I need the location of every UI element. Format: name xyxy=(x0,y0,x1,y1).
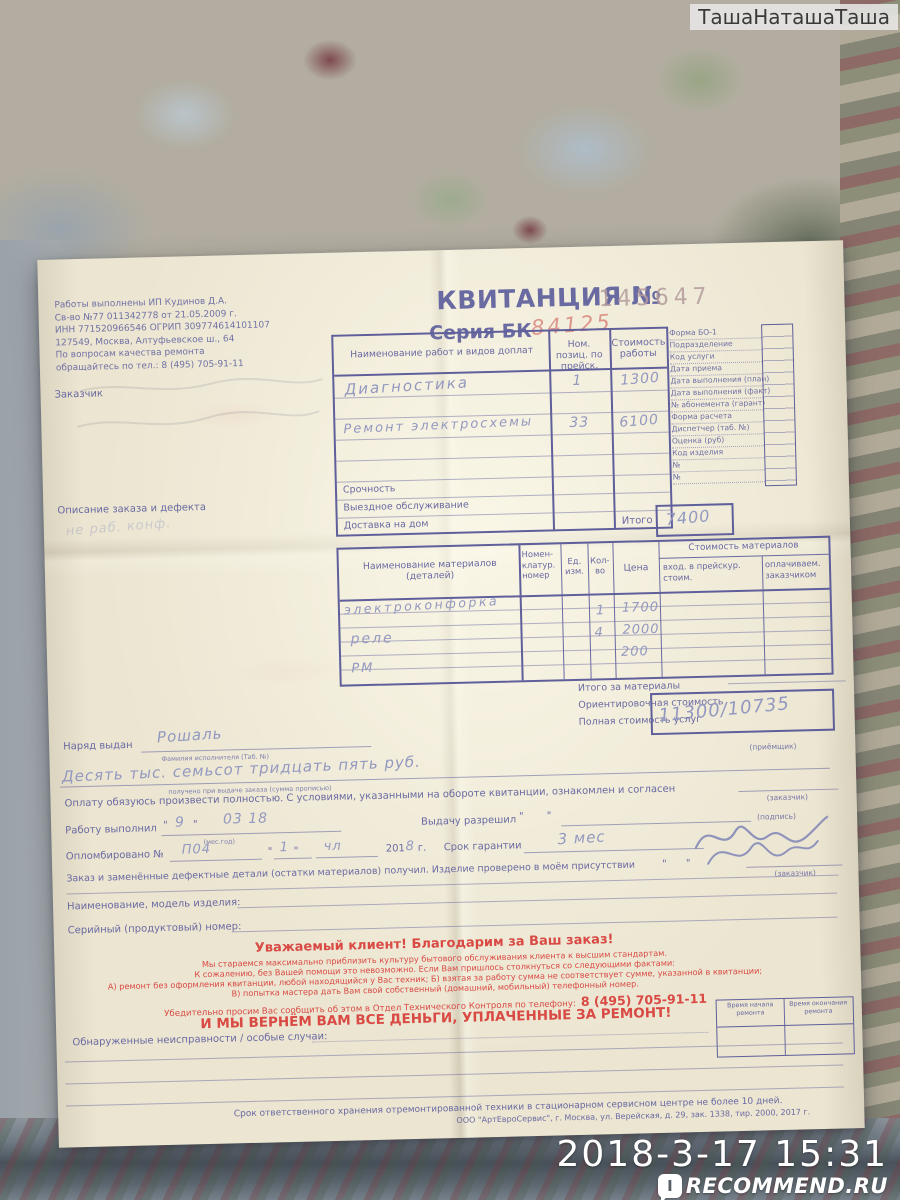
sealed-label: Опломбировано № xyxy=(66,849,164,862)
quote-mark: " xyxy=(193,819,198,830)
total-box: 7400 xyxy=(655,503,734,537)
mat-col-name: Наименование материалов (деталей) xyxy=(345,557,515,583)
sealed-no-handwriting: П04 xyxy=(182,842,212,858)
irecommend-bubble-icon: I xyxy=(658,1174,682,1198)
ruled-line xyxy=(274,857,312,859)
work-col-cost: Стоимость работы xyxy=(611,337,665,360)
ruled-line xyxy=(170,859,262,862)
ruled-line xyxy=(738,789,838,792)
mat-row-name: электроконфорка xyxy=(344,593,500,617)
quote-mark: " xyxy=(268,846,273,857)
recommend-logo: I RECOMMEND.RU xyxy=(658,1174,888,1198)
ruled-line xyxy=(728,680,846,684)
time-table-divider xyxy=(784,999,786,1055)
work-table: Наименование работ и видов доплат Ном. п… xyxy=(331,327,673,537)
work-row-cost: 6100 xyxy=(619,412,660,431)
ruled-line xyxy=(141,746,371,753)
work-col-pos: Ном. позиц. по прейск. xyxy=(550,338,608,372)
issued-label: Наряд выдан xyxy=(63,740,133,753)
mat-row-price: 1700 xyxy=(622,600,659,616)
ruled-line xyxy=(341,630,831,643)
model-label: Наименование, модель изделия: xyxy=(67,897,241,912)
year-handwriting: 8 xyxy=(406,839,416,854)
mat-col-qty: Кол-во xyxy=(588,555,612,576)
work-done-day-handwriting: 9 xyxy=(175,815,185,831)
author-watermark: ТашаНаташаТаша xyxy=(690,4,898,30)
ruled-line xyxy=(237,893,837,909)
time-end-header: Время окончания ремонта xyxy=(787,999,850,1017)
ruled-line xyxy=(341,644,831,657)
work-done-date-handwriting: 03 18 xyxy=(223,811,268,828)
service-row-delivery: Доставка на дом xyxy=(344,519,429,532)
recommend-site-name: RECOMMEND.RU xyxy=(686,1174,888,1198)
quote-mark: " xyxy=(163,820,168,831)
mat-row-name: РМ xyxy=(351,661,374,677)
ruled-line xyxy=(316,856,378,859)
issued-handwriting: Рошаль xyxy=(156,724,223,746)
mat-row-name: реле xyxy=(350,630,393,647)
work-row-pos: 33 xyxy=(569,415,589,431)
work-col-name: Наименование работ и видов доплат xyxy=(338,345,546,361)
mat-row-price: 2000 xyxy=(622,622,659,638)
mat-col-unit: Ед. изм. xyxy=(562,556,587,577)
quote-marks: " " xyxy=(662,858,699,870)
full-cost-box: 11300/10735 xyxy=(650,689,835,735)
agreement-text: Оплату обязуюсь произвести полностью. С … xyxy=(64,783,714,810)
work-done-label: Работу выполнил xyxy=(65,823,157,836)
allow-label: Выдачу разрешил xyxy=(421,814,516,827)
mat-col-cost-paid: оплачиваем. заказчиком xyxy=(765,558,828,581)
receiver-label: (приёмщик) xyxy=(749,742,796,752)
receipt-number-stamp: 145647 xyxy=(598,284,712,313)
ruled-line xyxy=(336,453,669,462)
order-description-label: Описание заказа и дефекта xyxy=(57,502,206,517)
faint-impression-scribble xyxy=(70,371,332,447)
company-info: Работы выполнены ИП Кудинов Д.А. Св-во №… xyxy=(54,294,271,374)
total-handwriting: 7400 xyxy=(665,506,711,529)
receipt-paper: Работы выполнены ИП Кудинов Д.А. Св-во №… xyxy=(37,240,864,1147)
total-label: Итого xyxy=(622,515,653,527)
serial-label: Серийный (продуктовый) номер: xyxy=(68,921,242,936)
ruled-line xyxy=(337,474,670,483)
ruled-line xyxy=(161,831,341,836)
side-column: Форма БО-1 Подразделение Код услуги Дата… xyxy=(669,324,841,492)
ruled-line xyxy=(341,658,831,671)
materials-table: Наименование материалов (деталей) Номен­… xyxy=(336,536,833,687)
timestamp-watermark: 2018-3-17 15:31 xyxy=(557,1134,889,1175)
mat-col-price: Цена xyxy=(615,562,657,574)
sealed-day-handwriting: 1 xyxy=(280,840,290,855)
side-column-box xyxy=(761,324,797,487)
quote-marks: " " xyxy=(519,810,562,822)
mat-row-price: 200 xyxy=(621,644,649,660)
quote-mark: " xyxy=(294,846,299,857)
service-row-onsite: Выездное обслуживание xyxy=(343,500,469,514)
year-suffix: г. xyxy=(418,843,427,854)
customer-sign-label: (заказчик) xyxy=(767,792,809,802)
time-start-header: Время начала ремонта xyxy=(719,1001,782,1019)
ruled-line xyxy=(65,1065,843,1085)
mat-row-qty: 4 xyxy=(594,625,604,640)
year-printed: 201 xyxy=(386,843,405,854)
ruled-line xyxy=(312,1032,708,1043)
work-row-pos: 1 xyxy=(572,373,582,389)
service-row-urgency: Срочность xyxy=(343,483,396,495)
side-row: № xyxy=(673,470,765,484)
sealed-month-handwriting: чл xyxy=(324,839,342,854)
warranty-handwriting: 3 мес xyxy=(557,827,606,848)
work-row-cost: 1300 xyxy=(620,370,661,389)
mat-col-cost-span: Стоимость материалов xyxy=(658,540,828,554)
repair-time-table: Время начала ремонта Время окончания рем… xyxy=(716,996,855,1057)
mat-col-cost-incl: вход. в прей­скур. стоим. xyxy=(663,559,760,583)
warranty-label: Срок гарантии xyxy=(444,840,522,853)
mat-col-nom: Номен­клатур. номер xyxy=(521,548,560,580)
work-table-header-rule xyxy=(334,367,667,377)
ruled-line xyxy=(524,848,704,853)
ruled-line xyxy=(340,616,830,629)
full-cost-handwriting: 11300/10735 xyxy=(658,693,791,726)
order-description-handwriting: не раб. конф. xyxy=(65,516,172,539)
mat-row-qty: 1 xyxy=(596,603,606,618)
